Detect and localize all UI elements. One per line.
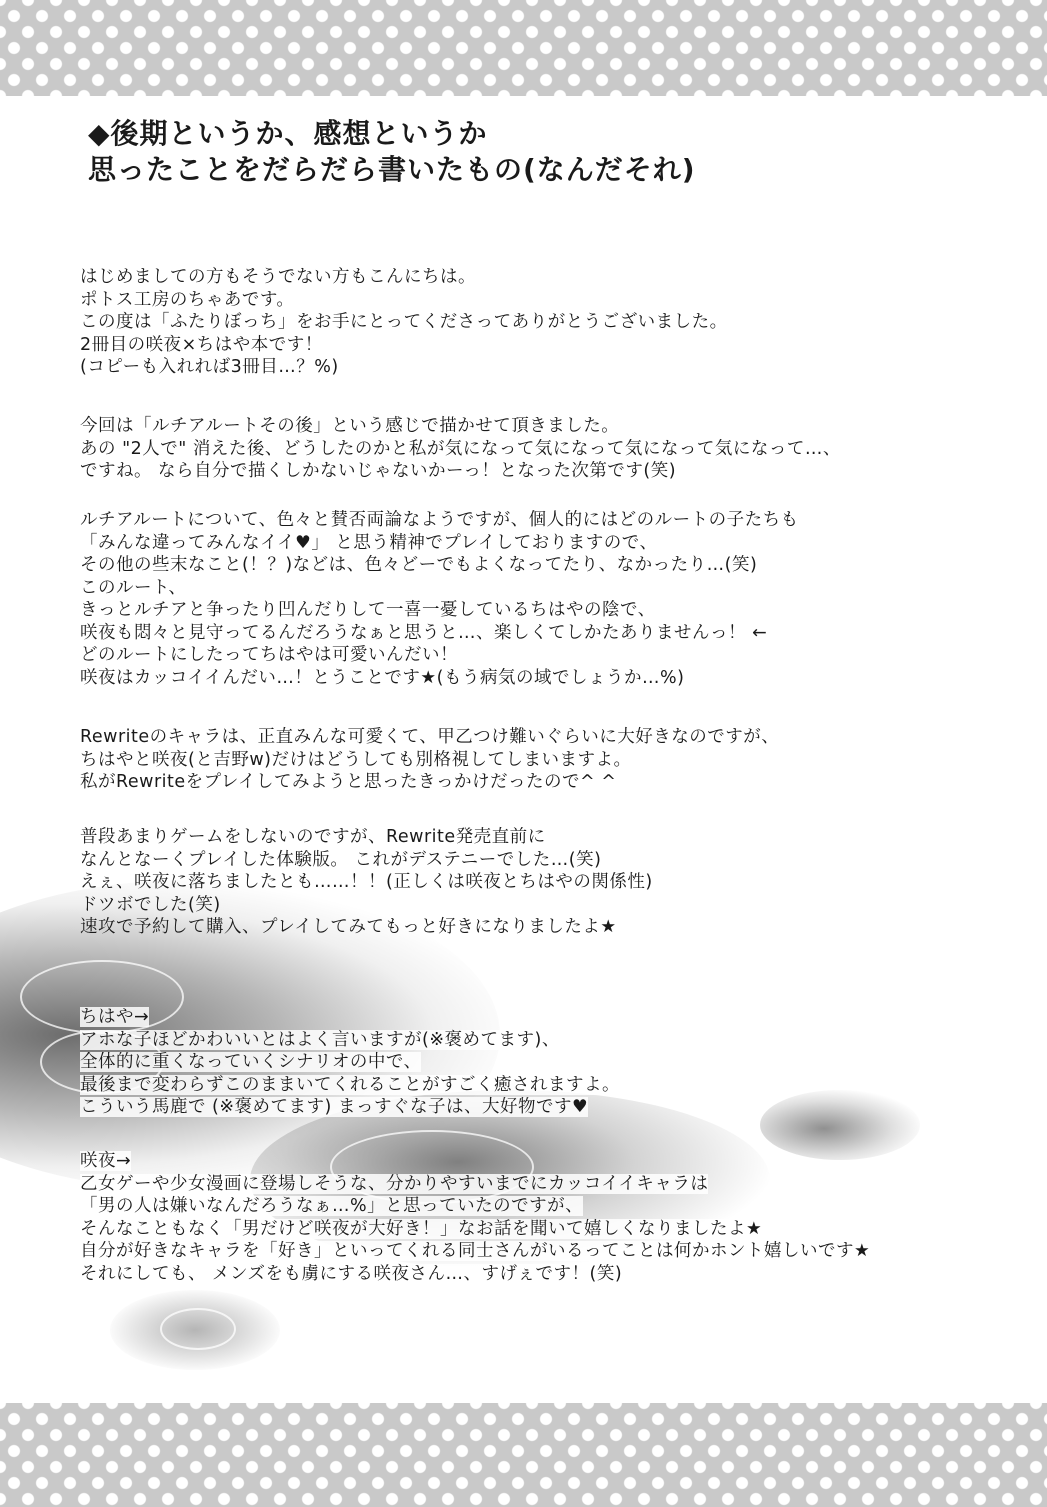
text-line: その他の些末なこと(！？)などは、色々どーでもよくなってたり、なかったり…(笑) xyxy=(80,554,799,577)
text-line: こういう馬鹿で (※褒めてます) まっすぐな子は、大好物です♥ xyxy=(80,1096,620,1119)
text-line: 自分が好きなキャラを「好き」といってくれる同士さんがいるってことは何かホント嬉し… xyxy=(80,1240,870,1263)
paragraph-lucia-route: ルチアルートについて、色々と賛否両論なようですが、個人的にはどのルートの子たちも… xyxy=(80,509,799,689)
polka-dot-border-top xyxy=(0,0,1047,96)
text-line: どのルートにしたってちはやは可愛いんだい！ xyxy=(80,644,799,667)
decorative-bubble-bottom xyxy=(110,1290,280,1370)
text-line: えぇ、咲夜に落ちましたとも……！！(正しくは咲夜とちはやの関係性) xyxy=(80,871,653,894)
text-line: なんとなーくプレイした体験版。 これがデステニーでした…(笑) xyxy=(80,849,653,872)
text-line: 乙女ゲーや少女漫画に登場しそうな、分かりやすいまでにカッコイイキャラは xyxy=(80,1173,870,1196)
text-line: ですね。 なら自分で描くしかないじゃないかーっ！となった次第です(笑) xyxy=(80,460,841,483)
text-line: そんなこともなく「男だけど咲夜が大好き！」なお話を聞いて嬉しくなりましたよ★ xyxy=(80,1218,870,1241)
text-line: あの "2人で" 消えた後、どうしたのかと私が気になって気になって気になって気に… xyxy=(80,438,841,461)
text-line: 私がRewriteをプレイしてみようと思ったきっかけだったので^ ^ xyxy=(80,771,779,794)
paragraph-chihaya: ちはや→ アホな子ほどかわいいとはよく言いますが(※褒めてます)、 全体的に重く… xyxy=(80,1006,620,1119)
paragraph-greeting: はじめましての方もそうでない方もこんにちは。 ポトス工房のちゃあです。 この度は… xyxy=(80,266,728,379)
paragraph-rewrite-characters: Rewriteのキャラは、正直みんな可愛くて、甲乙つけ難いぐらいに大好きなのです… xyxy=(80,726,779,794)
text-line: ポトス工房のちゃあです。 xyxy=(80,289,728,312)
text-line: それにしても、 メンズをも虜にする咲夜さん…、すげぇです！(笑) xyxy=(80,1263,870,1286)
text-line: (コピーも入れれば3冊目…？%) xyxy=(80,356,728,379)
polka-dot-border-bottom xyxy=(0,1403,1047,1507)
paragraph-this-time: 今回は「ルチアルートその後」という感じで描かせて頂きました。 あの "2人で" … xyxy=(80,415,841,483)
text-line: ドツボでした(笑) xyxy=(80,894,653,917)
title-line-2: 思ったことをだらだら書いたもの(なんだそれ) xyxy=(88,152,696,188)
text-line: 最後まで変わらずこのままいてくれることがすごく癒されますよ。 xyxy=(80,1074,620,1097)
text-line: このルート、 xyxy=(80,577,799,600)
section-heading-chihaya: ちはや→ xyxy=(80,1006,620,1029)
text-line: ちはやと咲夜(と吉野w)だけはどうしても別格視してしまいますよ。 xyxy=(80,749,779,772)
text-line: この度は「ふたりぼっち」をお手にとってくださってありがとうございました。 xyxy=(80,311,728,334)
text-line: ルチアルートについて、色々と賛否両論なようですが、個人的にはどのルートの子たちも xyxy=(80,509,799,532)
text-line: アホな子ほどかわいいとはよく言いますが(※褒めてます)、 xyxy=(80,1029,620,1052)
paragraph-trial-version: 普段あまりゲームをしないのですが、Rewrite発売直前に なんとなーくプレイし… xyxy=(80,826,653,939)
text-line: Rewriteのキャラは、正直みんな可愛くて、甲乙つけ難いぐらいに大好きなのです… xyxy=(80,726,779,749)
text-line: 咲夜はカッコイイんだい…！とうことです★(もう病気の域でしょうか…%) xyxy=(80,667,799,690)
title-line-1: ◆後期というか、感想というか xyxy=(88,116,696,152)
text-line: きっとルチアと争ったり凹んだりして一喜一憂しているちはやの陰で、 xyxy=(80,599,799,622)
page-title: ◆後期というか、感想というか 思ったことをだらだら書いたもの(なんだそれ) xyxy=(88,116,696,188)
text-line: 速攻で予約して購入、プレイしてみてもっと好きになりましたよ★ xyxy=(80,916,653,939)
paragraph-sakuya: 咲夜→ 乙女ゲーや少女漫画に登場しそうな、分かりやすいまでにカッコイイキャラは … xyxy=(80,1150,870,1285)
section-heading-sakuya: 咲夜→ xyxy=(80,1150,870,1173)
text-line: 「男の人は嫌いなんだろうなぁ…%」と思っていたのですが、 xyxy=(80,1195,870,1218)
text-line: 「みんな違ってみんなイイ♥」 と思う精神でプレイしておりますので、 xyxy=(80,532,799,555)
text-line: 今回は「ルチアルートその後」という感じで描かせて頂きました。 xyxy=(80,415,841,438)
text-line: 2冊目の咲夜×ちはや本です！ xyxy=(80,334,728,357)
text-line: はじめましての方もそうでない方もこんにちは。 xyxy=(80,266,728,289)
text-line: 普段あまりゲームをしないのですが、Rewrite発売直前に xyxy=(80,826,653,849)
decorative-ring xyxy=(160,1308,236,1350)
text-line: 全体的に重くなっていくシナリオの中で、 xyxy=(80,1051,620,1074)
text-line: 咲夜も悶々と見守ってるんだろうなぁと思うと…、楽しくてしかたありませんっ！ ← xyxy=(80,622,799,645)
